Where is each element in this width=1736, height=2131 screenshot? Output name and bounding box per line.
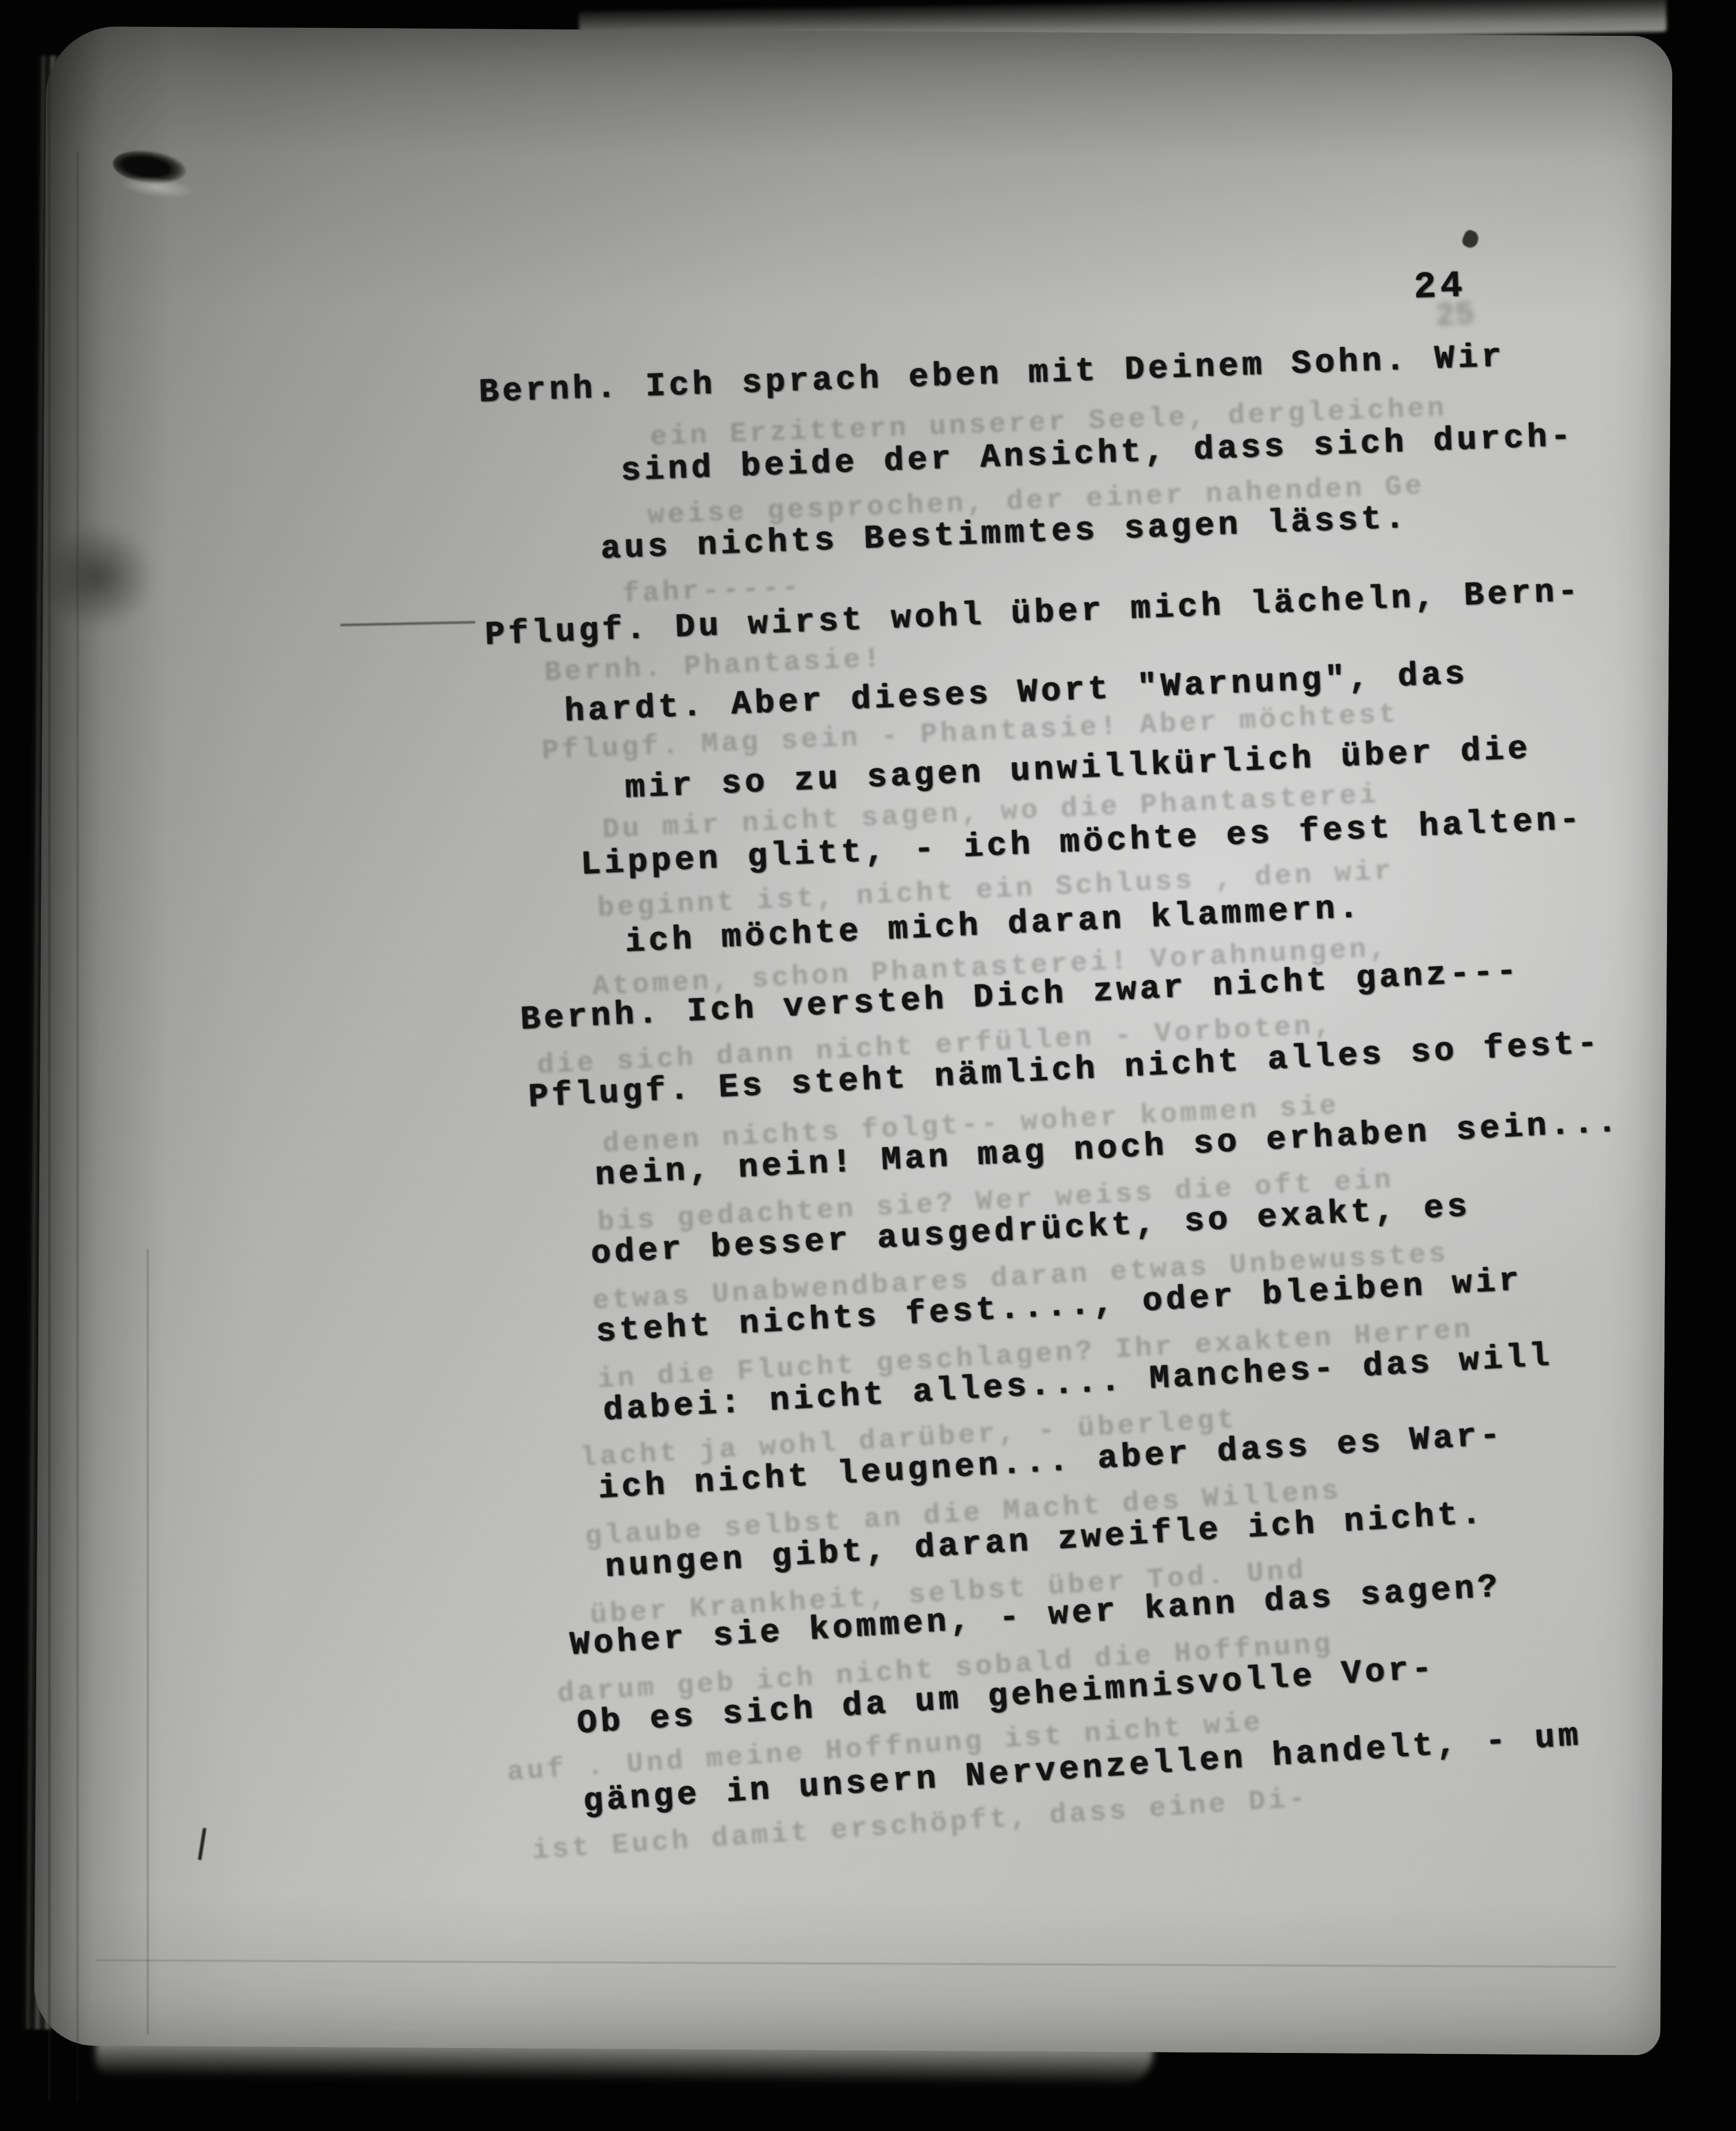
typewritten-text: Bernh. Ich sprach eben mit Deinem Sohn. … — [0, 0, 1736, 2131]
text-line: Pflugf. Du wirst wohl über mich lächeln,… — [484, 573, 1582, 654]
text-line: steht nichts fest...., oder bleiben wir — [595, 1261, 1524, 1351]
text-line: Pflugf. Es steht nämlich nicht alles so … — [528, 1024, 1602, 1116]
text-line: mir so zu sagen unwillkürlich über die — [624, 730, 1532, 807]
text-line: Lippen glitt, - ich möchte es fest halte… — [580, 801, 1584, 884]
text-line: Bernh. Ich sprach eben mit Deinem Sohn. … — [478, 338, 1505, 411]
text-line: nein, nein! Man mag noch so erhaben sein… — [594, 1103, 1621, 1194]
text-line: aus nichts Bestimmtes sagen lässt. — [600, 499, 1409, 568]
text-line: hardt. Aber dieses Wort "Warnung", das — [564, 655, 1469, 731]
text-line: Bernh. Ich versteh Dich zwar nicht ganz-… — [520, 952, 1521, 1039]
text-line: nungen gibt, daran zweifle ich nicht. — [604, 1495, 1486, 1586]
text-line: sind beide der Ansicht, dass sich durch- — [620, 417, 1575, 490]
text-line: Ob es sich da um geheimnisvolle Vor- — [576, 1650, 1436, 1743]
text-line: oder besser ausgedrückt, so exakt, es — [590, 1187, 1472, 1272]
text-line: Woher sie kommen, - wer kann das sagen? — [569, 1568, 1502, 1664]
text-line: ich möchte mich daran klammern. — [624, 889, 1363, 961]
scanned-manuscript: 25 24 ein Erzittern unserer Seele, dergl… — [0, 0, 1736, 2131]
text-line: ich nicht leugnen... aber dass es War- — [597, 1416, 1504, 1508]
text-line: dabei: nicht alles.... Manches- das will — [602, 1337, 1554, 1430]
